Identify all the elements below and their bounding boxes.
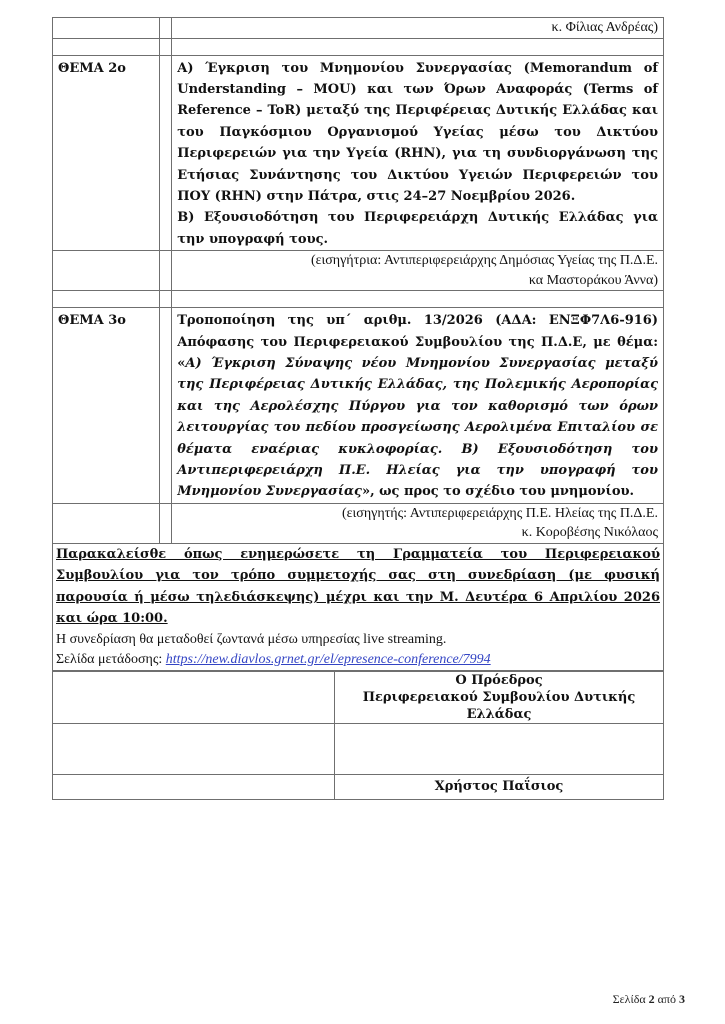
signature-title-line-1: Ο Πρόεδρος (338, 672, 660, 689)
agenda-table: κ. Φίλιας Ανδρέας) ΘΕΜΑ 2ο Α) Έγκριση το… (52, 17, 664, 671)
footer-total-pages: 3 (679, 992, 685, 1006)
rapporteur-line-1: (εισηγητής: Αντιπεριφερειάρχης Π.Ε. Ηλεί… (177, 504, 658, 524)
rapporteur: (εισηγήτρια: Αντιπεριφερειάρχης Δημόσιας… (172, 251, 664, 291)
item-2-paragraph-a: Α) Έγκριση του Μνημονίου Συνεργασίας (Me… (177, 58, 658, 208)
notice-request: Παρακαλείσθε όπως ενημερώσετε τη Γραμματ… (56, 544, 660, 630)
footer-of-word: από (658, 992, 676, 1006)
agenda-item-text: Α) Έγκριση του Μνημονίου Συνεργασίας (Me… (172, 55, 664, 251)
agenda-item-3-rapporteur-row: (εισηγητής: Αντιπεριφερειάρχης Π.Ε. Ηλεί… (53, 503, 664, 543)
rapporteur: (εισηγητής: Αντιπεριφερειάρχης Π.Ε. Ηλεί… (172, 503, 664, 543)
notice-row: Παρακαλείσθε όπως ενημερώσετε τη Γραμματ… (53, 543, 664, 670)
item-2-paragraph-b: Β) Εξουσιοδότηση του Περιφερειάρχη Δυτικ… (177, 207, 658, 250)
stream-url-link[interactable]: https://new.diavlos.grnet.gr/el/epresenc… (166, 652, 491, 667)
notice-streaming: Η συνεδρίαση θα μεταδοθεί ζωντανά μέσω υ… (56, 630, 660, 650)
signature-name-row: Χρήστος Παΐσιος (53, 774, 664, 799)
signature-title-row: Ο Πρόεδρος Περιφερειακού Συμβουλίου Δυτι… (53, 671, 664, 723)
item-3-text-outro: », ως προς το σχέδιο του μνημονίου. (362, 484, 634, 499)
notice-stream-page: Σελίδα μετάδοσης: https://new.diavlos.gr… (56, 650, 660, 670)
rapporteur-line-1: (εισηγήτρια: Αντιπεριφερειάρχης Δημόσιας… (177, 251, 658, 271)
stream-page-label: Σελίδα μετάδοσης: (56, 652, 166, 667)
signature-title-line-2: Περιφερειακού Συμβουλίου Δυτικής Ελλάδας (338, 689, 660, 723)
agenda-item-text: Τροποποίηση της υπ΄ αριθμ. 13/2026 (ΑΔΑ:… (172, 308, 664, 504)
agenda-item-2: ΘΕΜΑ 2ο Α) Έγκριση του Μνημονίου Συνεργα… (53, 55, 664, 251)
prev-rapporteur-tail: κ. Φίλιας Ανδρέας) (172, 18, 664, 39)
signatory-name: Χρήστος Παΐσιος (335, 774, 664, 799)
footer-page-word: Σελίδα (613, 992, 646, 1006)
signature-table: Ο Πρόεδρος Περιφερειακού Συμβουλίου Δυτι… (52, 671, 664, 800)
notice: Παρακαλείσθε όπως ενημερώσετε τη Γραμματ… (53, 543, 664, 670)
item-3-text-italic: Α) Έγκριση Σύναψης νέου Μνημονίου Συνεργ… (177, 356, 658, 499)
rapporteur-line-2: κα Μαστοράκου Άννα) (177, 271, 658, 291)
rapporteur-line-2: κ. Κοροβέσης Νικόλαος (177, 523, 658, 543)
signature-space (335, 723, 664, 774)
prev-rapporteur-row: κ. Φίλιας Ανδρέας) (53, 18, 664, 39)
page-footer: Σελίδα 2 από 3 (613, 992, 685, 1007)
agenda-item-label: ΘΕΜΑ 3ο (53, 308, 160, 504)
footer-current-page: 2 (649, 992, 655, 1006)
spacer-row (53, 291, 664, 308)
spacer-row (53, 38, 664, 55)
signature-title: Ο Πρόεδρος Περιφερειακού Συμβουλίου Δυτι… (335, 671, 664, 723)
agenda-item-2-rapporteur-row: (εισηγήτρια: Αντιπεριφερειάρχης Δημόσιας… (53, 251, 664, 291)
document-page: κ. Φίλιας Ανδρέας) ΘΕΜΑ 2ο Α) Έγκριση το… (52, 17, 664, 800)
signature-space-row (53, 723, 664, 774)
agenda-item-3: ΘΕΜΑ 3ο Τροποποίηση της υπ΄ αριθμ. 13/20… (53, 308, 664, 504)
agenda-item-label: ΘΕΜΑ 2ο (53, 55, 160, 251)
